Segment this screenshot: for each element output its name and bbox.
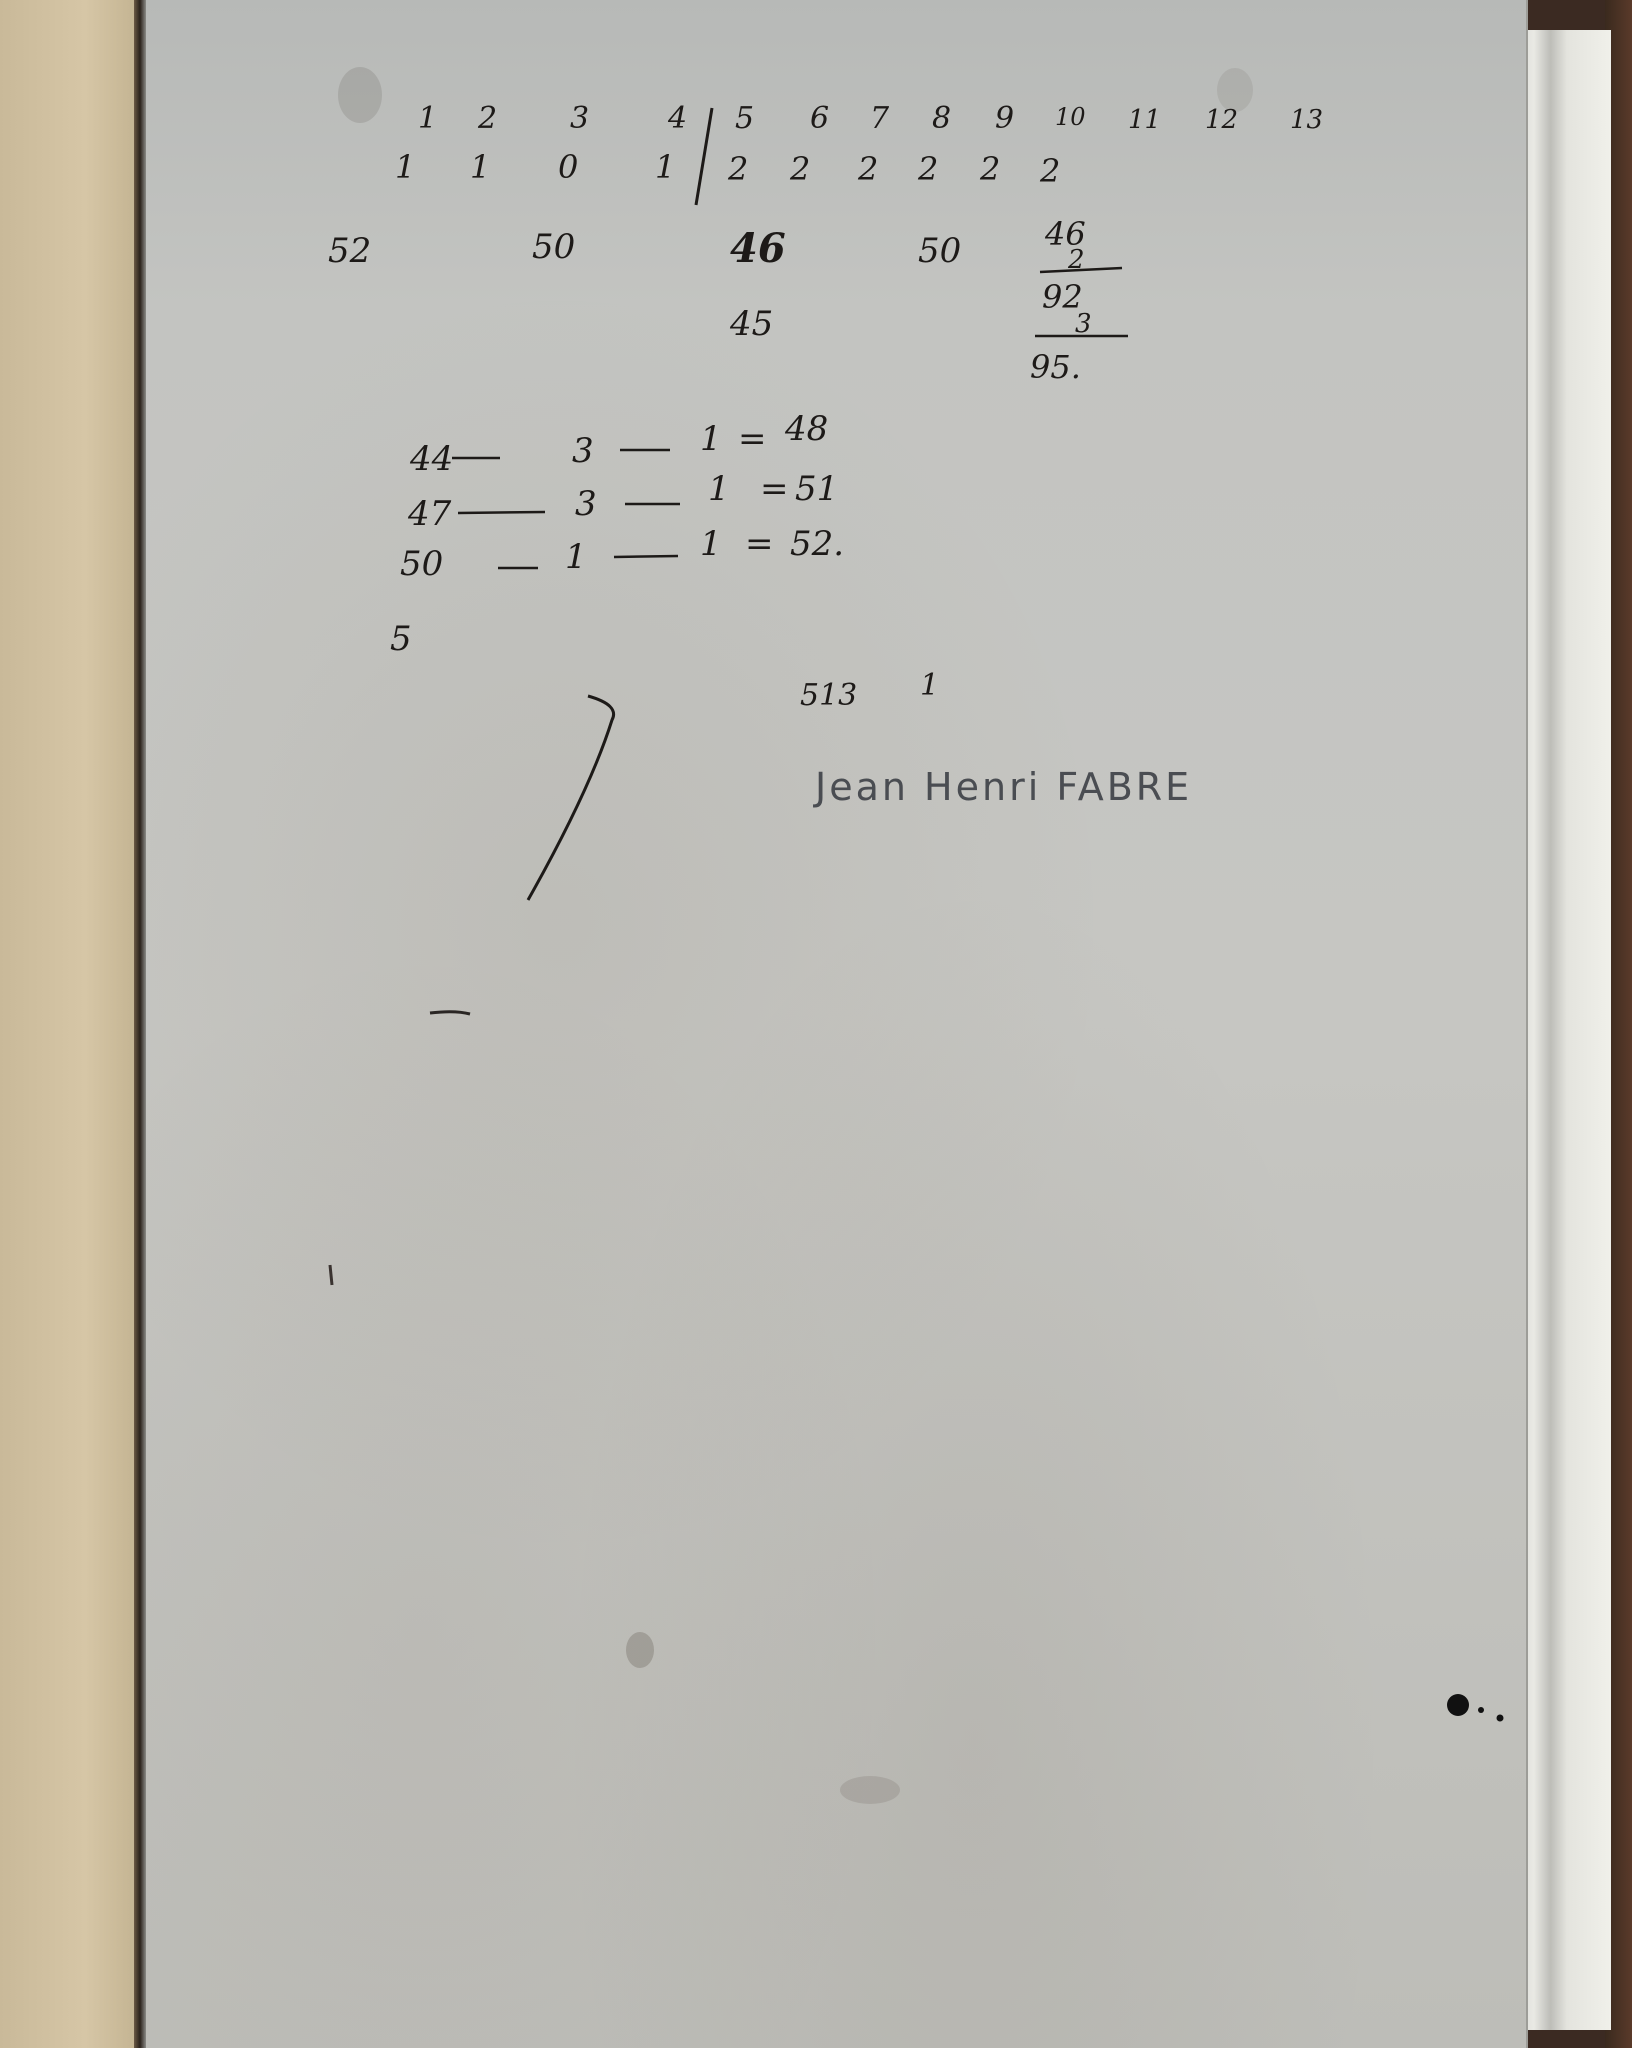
equals-sign: =	[760, 469, 789, 509]
handwriting-layer: 1 2 3 4 5 6 7 8 9 10 11 12 13 1 1 0 1 2 …	[0, 0, 1632, 2048]
row-value: 2	[1039, 152, 1060, 190]
operand: 3	[572, 431, 594, 471]
note-number: 1	[920, 668, 939, 703]
row-value: 2	[789, 150, 810, 188]
col-number: 11	[1128, 105, 1161, 135]
dash	[614, 556, 678, 557]
col-number: 4	[667, 101, 687, 136]
operand: 1	[700, 524, 722, 564]
ink-blot	[1447, 1694, 1469, 1716]
lone-digit: 5	[390, 619, 412, 659]
pen-mark	[430, 1012, 470, 1014]
result: 51	[795, 469, 838, 509]
addition-column: 46 2 92 3 95.	[1030, 215, 1128, 386]
col-number: 8	[932, 101, 951, 136]
value-cell: 45	[729, 304, 773, 344]
ink-blot	[1478, 1707, 1484, 1713]
signature: Jean Henri FABRE	[813, 765, 1192, 809]
col-number: 10	[1055, 103, 1086, 131]
operand: 1	[708, 469, 730, 509]
equals-sign: =	[745, 524, 774, 564]
pen-flourish-stroke	[528, 696, 614, 900]
row-value: 1	[395, 148, 415, 186]
total: 95.	[1030, 348, 1081, 386]
operand: 1	[565, 537, 587, 577]
operand: 1	[700, 419, 722, 459]
operand: 50	[400, 544, 443, 584]
note-number: 513	[800, 678, 857, 713]
row-value: 2	[917, 150, 938, 188]
row-value: 1	[470, 148, 490, 186]
value-cell: 46	[730, 225, 786, 272]
equation-row: 47 3 1 = 51	[407, 469, 838, 534]
row-value: 2	[979, 150, 1000, 188]
col-number: 6	[810, 101, 829, 136]
header-row-numbers: 1 2 3 4 5 6 7 8 9 10 11 12 13	[418, 101, 1323, 136]
col-number: 1	[418, 101, 437, 136]
dash	[458, 512, 545, 513]
col-number: 9	[995, 101, 1014, 136]
values-row: 52 50 46 50 45	[328, 225, 961, 344]
note-513: 513 1	[800, 668, 939, 713]
operand: 44	[409, 439, 453, 479]
stain-mark	[338, 67, 382, 123]
ink-blot	[1497, 1715, 1504, 1722]
pen-mark	[330, 1265, 332, 1285]
equations-block: 44 3 1 = 48 47 3 1 = 51 50 1 1 = 52. 5	[390, 409, 844, 659]
stain-mark	[626, 1632, 654, 1668]
col-number: 13	[1290, 105, 1323, 135]
row-value: 2	[727, 150, 748, 188]
col-number: 12	[1205, 105, 1238, 135]
col-number: 7	[870, 101, 890, 136]
stain-mark	[840, 1776, 900, 1804]
row-value: 2	[857, 150, 878, 188]
value-cell: 50	[532, 227, 575, 267]
col-number: 3	[570, 101, 589, 136]
result: 48	[784, 409, 828, 449]
header-row-values: 1 1 0 1 2 2 2 2 2 2	[395, 148, 1060, 190]
col-number: 2	[477, 101, 497, 136]
col-number: 5	[735, 101, 754, 136]
operand: 47	[407, 494, 452, 534]
divider-stroke	[696, 108, 712, 205]
result: 52.	[790, 524, 844, 564]
operand: 3	[575, 484, 597, 524]
equation-row: 50 1 1 = 52.	[400, 524, 844, 584]
row-value: 1	[655, 148, 675, 186]
value-cell: 50	[918, 231, 961, 271]
row-value: 0	[558, 148, 578, 186]
value-cell: 52	[328, 231, 371, 271]
equals-sign: =	[738, 419, 767, 459]
addend: 3	[1075, 309, 1092, 339]
